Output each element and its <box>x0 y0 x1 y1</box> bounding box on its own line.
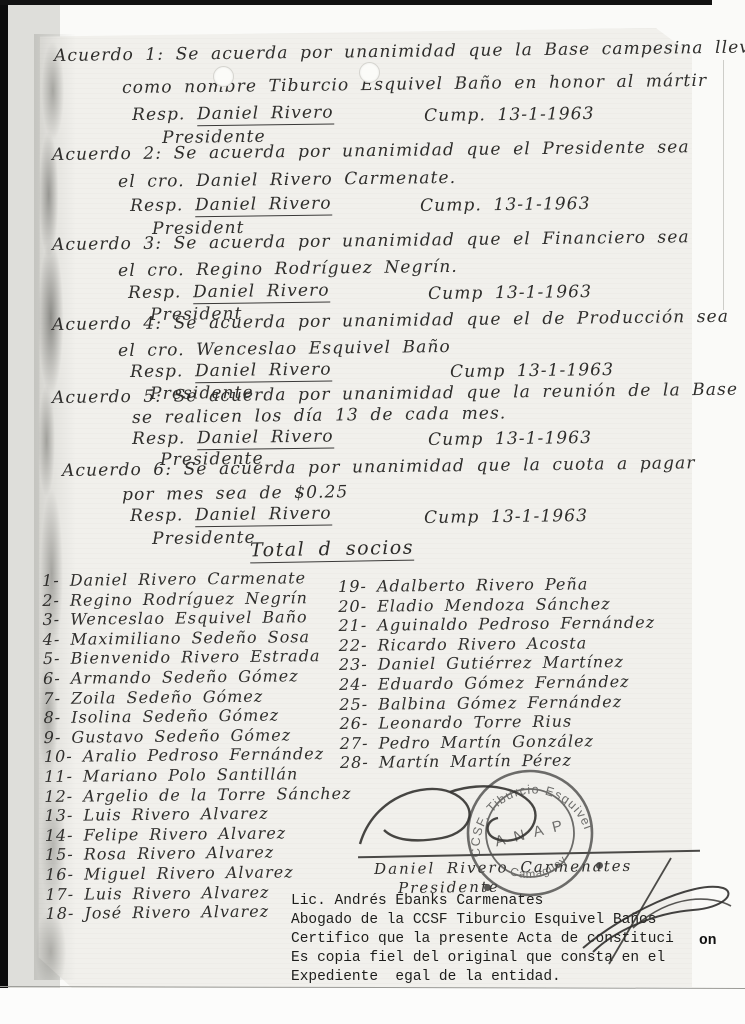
resp-name: Daniel Rivero <box>197 103 334 127</box>
socios-column-left: 1- Daniel Rivero Carmenate 2- Regino Rod… <box>42 568 353 924</box>
socio-row: 10- Aralio Pedroso Fernández <box>44 744 351 767</box>
president-signature-rubric <box>352 780 567 865</box>
acuerdo-2-cump: Cump. 13-1-1963 <box>420 194 591 216</box>
socio-row: 12- Argelio de la Torre Sánchez <box>44 783 351 806</box>
acuerdo-1-resp: Resp. Daniel Rivero <box>132 103 334 125</box>
acuerdo-1-label: Acuerdo 1: <box>54 45 164 66</box>
resp-label: Resp. <box>132 428 186 449</box>
acuerdo-3-cump: Cump 13-1-1963 <box>428 282 592 304</box>
lawyer-signature-flourish <box>575 852 740 970</box>
ink-dot <box>596 862 603 869</box>
acuerdo-6-label: Acuerdo 6: <box>62 460 172 481</box>
acuerdo-5-cump: Cump 13-1-1963 <box>428 428 592 450</box>
acuerdo-6-role: Presidente <box>152 528 256 549</box>
acuerdo-4-line2: el cro. Wenceslao Esquivel Baño <box>118 337 451 361</box>
acuerdo-6-line2: por mes sea de $0.25 <box>122 482 349 505</box>
acuerdo-5-label: Acuerdo 5: <box>52 387 162 408</box>
resp-label: Resp. <box>130 505 184 526</box>
scan-bottom-strip <box>0 988 745 1024</box>
resp-label: Resp. <box>128 282 182 303</box>
socio-row: 21- Aguinaldo Pedroso Fernández <box>338 613 655 636</box>
acuerdo-4-resp: Resp. Daniel Rivero <box>130 360 332 382</box>
ink-dot <box>484 884 491 891</box>
scan-edge-left <box>0 0 8 988</box>
acuerdo-4-cump: Cump 13-1-1963 <box>450 360 614 382</box>
resp-label: Resp. <box>130 195 184 216</box>
resp-label: Resp. <box>130 361 184 382</box>
resp-name: Daniel Rivero <box>193 281 330 305</box>
acuerdo-3-resp: Resp. Daniel Rivero <box>128 281 330 303</box>
socio-row: 5- Bienvenido Rivero Estrada <box>43 646 350 669</box>
acuerdo-3-line2: el cro. Regino Rodríguez Negrín. <box>118 257 458 281</box>
socios-column-right: 19- Adalberto Rivero Peña 20- Eladio Men… <box>338 574 657 773</box>
scan-edge-top <box>0 0 712 5</box>
acuerdo-3-label: Acuerdo 3: <box>52 234 162 255</box>
acuerdo-4-label: Acuerdo 4: <box>52 314 162 335</box>
acuerdo-6-resp: Resp. Daniel Rivero <box>130 504 332 526</box>
acuerdo-2-line2: el cro. Daniel Rivero Carmenate. <box>118 168 456 192</box>
socio-row: 1- Daniel Rivero Carmenate <box>42 568 349 591</box>
resp-name: Daniel Rivero <box>195 194 332 218</box>
paper-crease <box>723 60 724 310</box>
resp-name: Daniel Rivero <box>195 360 332 384</box>
socio-row: 24- Eduardo Gómez Fernández <box>339 672 656 695</box>
hole-punch <box>213 66 234 87</box>
socio-row: 25- Balbina Gómez Fernández <box>339 691 656 714</box>
acuerdo-6-cump: Cump 13-1-1963 <box>424 506 588 528</box>
resp-name: Daniel Rivero <box>195 504 332 528</box>
acuerdo-2-label: Acuerdo 2: <box>52 144 162 165</box>
hole-punch <box>359 62 380 83</box>
socios-title: Total d socios <box>250 537 414 564</box>
resp-name: Daniel Rivero <box>197 427 334 451</box>
acuerdo-1-cump: Cump. 13-1-1963 <box>424 104 595 126</box>
scanned-document: Acuerdo 1: Se acuerda por unanimidad que… <box>0 0 745 1024</box>
certification-line-5: Expediente egal de la entidad. <box>291 968 674 987</box>
resp-label: Resp. <box>132 104 186 125</box>
acuerdo-5-resp: Resp. Daniel Rivero <box>132 427 334 449</box>
acuerdo-2-resp: Resp. Daniel Rivero <box>130 194 332 216</box>
